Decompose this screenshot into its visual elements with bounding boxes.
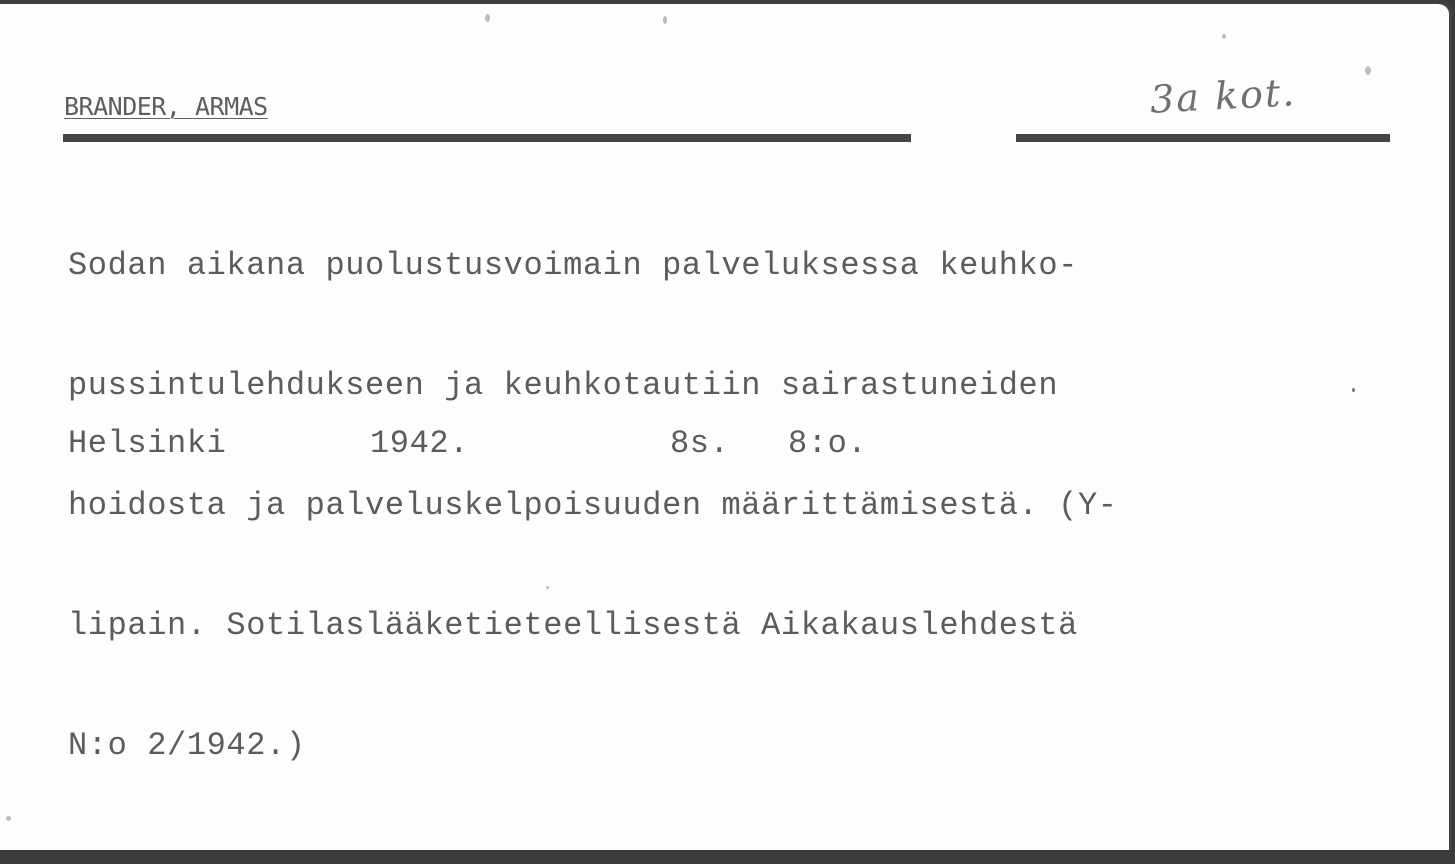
heading-rule-right — [1016, 134, 1390, 142]
paper-speck — [1365, 66, 1371, 75]
catalog-card: BRANDER, ARMAS 3a kot. Sodan aikana puol… — [0, 0, 1452, 850]
scan-background — [0, 850, 1455, 864]
paper-speck — [6, 816, 11, 821]
description-line: lipain. Sotilaslääketieteellisestä Aikak… — [68, 606, 1398, 646]
paper-speck — [663, 16, 667, 24]
paper-speck — [1352, 388, 1355, 392]
description-line: Sodan aikana puolustusvoimain palvelukse… — [68, 246, 1398, 286]
title-description: Sodan aikana puolustusvoimain palvelukse… — [68, 166, 1398, 846]
shelf-mark: 3a kot. — [1149, 70, 1297, 122]
paper-speck — [546, 586, 549, 589]
description-line: pussintulehdukseen ja keuhkotautiin sair… — [68, 366, 1398, 406]
description-line: hoidosta ja palveluskelpoisuuden määritt… — [68, 486, 1398, 526]
description-line: N:o 2/1942.) — [68, 726, 1398, 766]
imprint-place: Helsinki — [68, 424, 226, 464]
paper-speck — [485, 14, 490, 22]
imprint-format: 8:o. — [788, 424, 867, 464]
imprint-pages: 8s. — [670, 424, 729, 464]
imprint-year: 1942. — [370, 424, 469, 464]
author-heading: BRANDER, ARMAS — [64, 92, 268, 121]
paper-speck — [1222, 34, 1226, 39]
heading-rule-left — [63, 134, 911, 142]
